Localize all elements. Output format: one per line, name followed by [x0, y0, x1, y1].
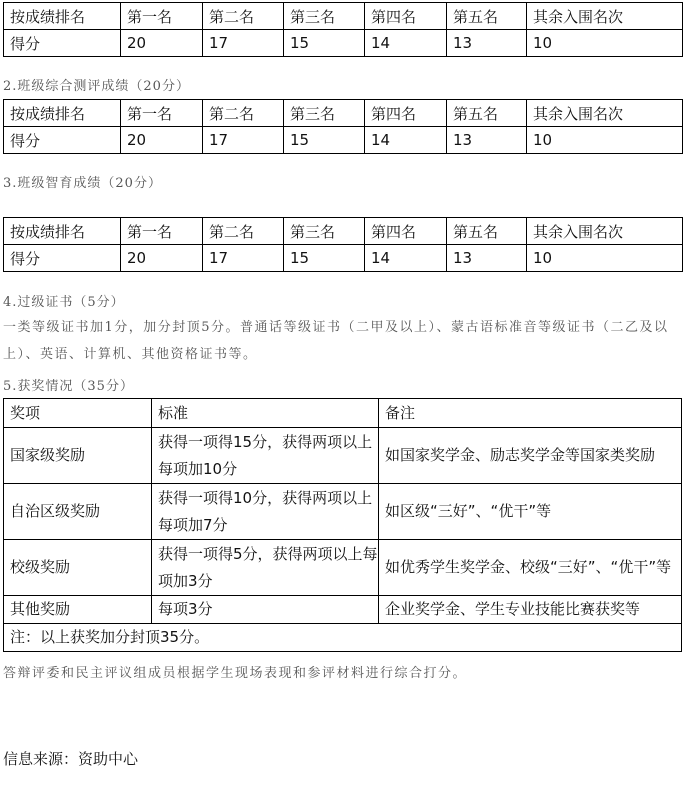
- table-cell: 13: [447, 245, 527, 272]
- closing-text: 答辩评委和民主评议组成员根据学生现场表现和参评材料进行综合打分。: [3, 664, 683, 684]
- table-header-row: 按成绩排名 第一名 第二名 第三名 第四名 第五名 其余入围名次: [4, 100, 683, 127]
- table-cell: 第五名: [447, 100, 527, 127]
- table-cell: 10: [527, 30, 683, 57]
- table-cell: 得分: [4, 30, 121, 57]
- table-cell: 如国家奖学金、励志奖学金等国家类奖励: [379, 428, 682, 484]
- table-cell: 20: [121, 30, 203, 57]
- table-cell: 其他奖励: [4, 596, 152, 624]
- table-cell: 第二名: [203, 3, 284, 30]
- table-cell: 20: [121, 127, 203, 154]
- table-cell: 15: [284, 245, 365, 272]
- table-cell: 按成绩排名: [4, 3, 121, 30]
- table-row: 校级奖励 获得一项得5分，获得两项以上每项加3分 如优秀学生奖学金、校级“三好”…: [4, 540, 682, 596]
- table-cell: 15: [284, 127, 365, 154]
- table-cell: 14: [365, 127, 447, 154]
- table-cell: 企业奖学金、学生专业技能比赛获奖等: [379, 596, 682, 624]
- table-cell: 奖项: [4, 399, 152, 428]
- table-cell: 17: [203, 245, 284, 272]
- table-cell: 自治区级奖励: [4, 484, 152, 540]
- table-cell: 第四名: [365, 218, 447, 245]
- table-cell: 第三名: [284, 218, 365, 245]
- table-cell: 每项3分: [152, 596, 379, 624]
- table-cell: 其余入围名次: [527, 100, 683, 127]
- table-cell: 15: [284, 30, 365, 57]
- table-cell: 获得一项得5分，获得两项以上每项加3分: [152, 540, 379, 596]
- table-cell: 17: [203, 127, 284, 154]
- table-cell: 备注: [379, 399, 682, 428]
- table-row: 国家级奖励 获得一项得15分，获得两项以上每项加10分 如国家奖学金、励志奖学金…: [4, 428, 682, 484]
- section-4-heading: 4.过级证书（5分）: [3, 291, 125, 310]
- table-cell: 17: [203, 30, 284, 57]
- table-cell: 如优秀学生奖学金、校级“三好”、“优干”等: [379, 540, 682, 596]
- table-row: 得分 20 17 15 14 13 10: [4, 30, 683, 57]
- table-cell: 得分: [4, 127, 121, 154]
- table-cell: 13: [447, 30, 527, 57]
- table-cell: 其余入围名次: [527, 3, 683, 30]
- table-cell: 14: [365, 245, 447, 272]
- table-cell: 得分: [4, 245, 121, 272]
- table-cell: 校级奖励: [4, 540, 152, 596]
- table-cell: 第一名: [121, 218, 203, 245]
- section-3-heading: 3.班级智育成绩（20分）: [3, 172, 162, 191]
- table-note: 注：以上获奖加分封顶35分。: [4, 624, 682, 652]
- score-table-1: 按成绩排名 第一名 第二名 第三名 第四名 第五名 其余入围名次 得分 20 1…: [3, 2, 683, 57]
- table-cell: 第五名: [447, 218, 527, 245]
- table-cell: 按成绩排名: [4, 100, 121, 127]
- table-cell: 第四名: [365, 3, 447, 30]
- table-header-row: 按成绩排名 第一名 第二名 第三名 第四名 第五名 其余入围名次: [4, 218, 683, 245]
- table-header-row: 奖项 标准 备注: [4, 399, 682, 428]
- table-cell: 第三名: [284, 3, 365, 30]
- section-4-text: 一类等级证书加1分，加分封顶5分。普通话等级证书（二甲及以上）、蒙古语标准音等级…: [3, 314, 683, 368]
- table-row: 得分 20 17 15 14 13 10: [4, 127, 683, 154]
- table-row: 得分 20 17 15 14 13 10: [4, 245, 683, 272]
- table-cell: 第二名: [203, 218, 284, 245]
- table-cell: 如区级“三好”、“优干”等: [379, 484, 682, 540]
- table-header-row: 按成绩排名 第一名 第二名 第三名 第四名 第五名 其余入围名次: [4, 3, 683, 30]
- table-cell: 第五名: [447, 3, 527, 30]
- info-source: 信息来源：资助中心: [3, 748, 138, 769]
- table-cell: 标准: [152, 399, 379, 428]
- section-2-heading: 2.班级综合测评成绩（20分）: [3, 75, 190, 94]
- awards-table: 奖项 标准 备注 国家级奖励 获得一项得15分，获得两项以上每项加10分 如国家…: [3, 398, 682, 652]
- table-cell: 第一名: [121, 100, 203, 127]
- score-table-2: 按成绩排名 第一名 第二名 第三名 第四名 第五名 其余入围名次 得分 20 1…: [3, 99, 683, 154]
- score-table-3: 按成绩排名 第一名 第二名 第三名 第四名 第五名 其余入围名次 得分 20 1…: [3, 217, 683, 272]
- table-cell: 第四名: [365, 100, 447, 127]
- table-row: 自治区级奖励 获得一项得10分，获得两项以上每项加7分 如区级“三好”、“优干”…: [4, 484, 682, 540]
- table-cell: 按成绩排名: [4, 218, 121, 245]
- table-cell: 国家级奖励: [4, 428, 152, 484]
- table-cell: 10: [527, 245, 683, 272]
- table-cell: 第一名: [121, 3, 203, 30]
- table-cell: 13: [447, 127, 527, 154]
- table-cell: 第二名: [203, 100, 284, 127]
- table-cell: 第三名: [284, 100, 365, 127]
- table-cell: 20: [121, 245, 203, 272]
- table-note-row: 注：以上获奖加分封顶35分。: [4, 624, 682, 652]
- table-cell: 10: [527, 127, 683, 154]
- table-cell: 获得一项得15分，获得两项以上每项加10分: [152, 428, 379, 484]
- table-cell: 获得一项得10分，获得两项以上每项加7分: [152, 484, 379, 540]
- table-cell: 其余入围名次: [527, 218, 683, 245]
- section-5-heading: 5.获奖情况（35分）: [3, 375, 134, 394]
- table-row: 其他奖励 每项3分 企业奖学金、学生专业技能比赛获奖等: [4, 596, 682, 624]
- table-cell: 14: [365, 30, 447, 57]
